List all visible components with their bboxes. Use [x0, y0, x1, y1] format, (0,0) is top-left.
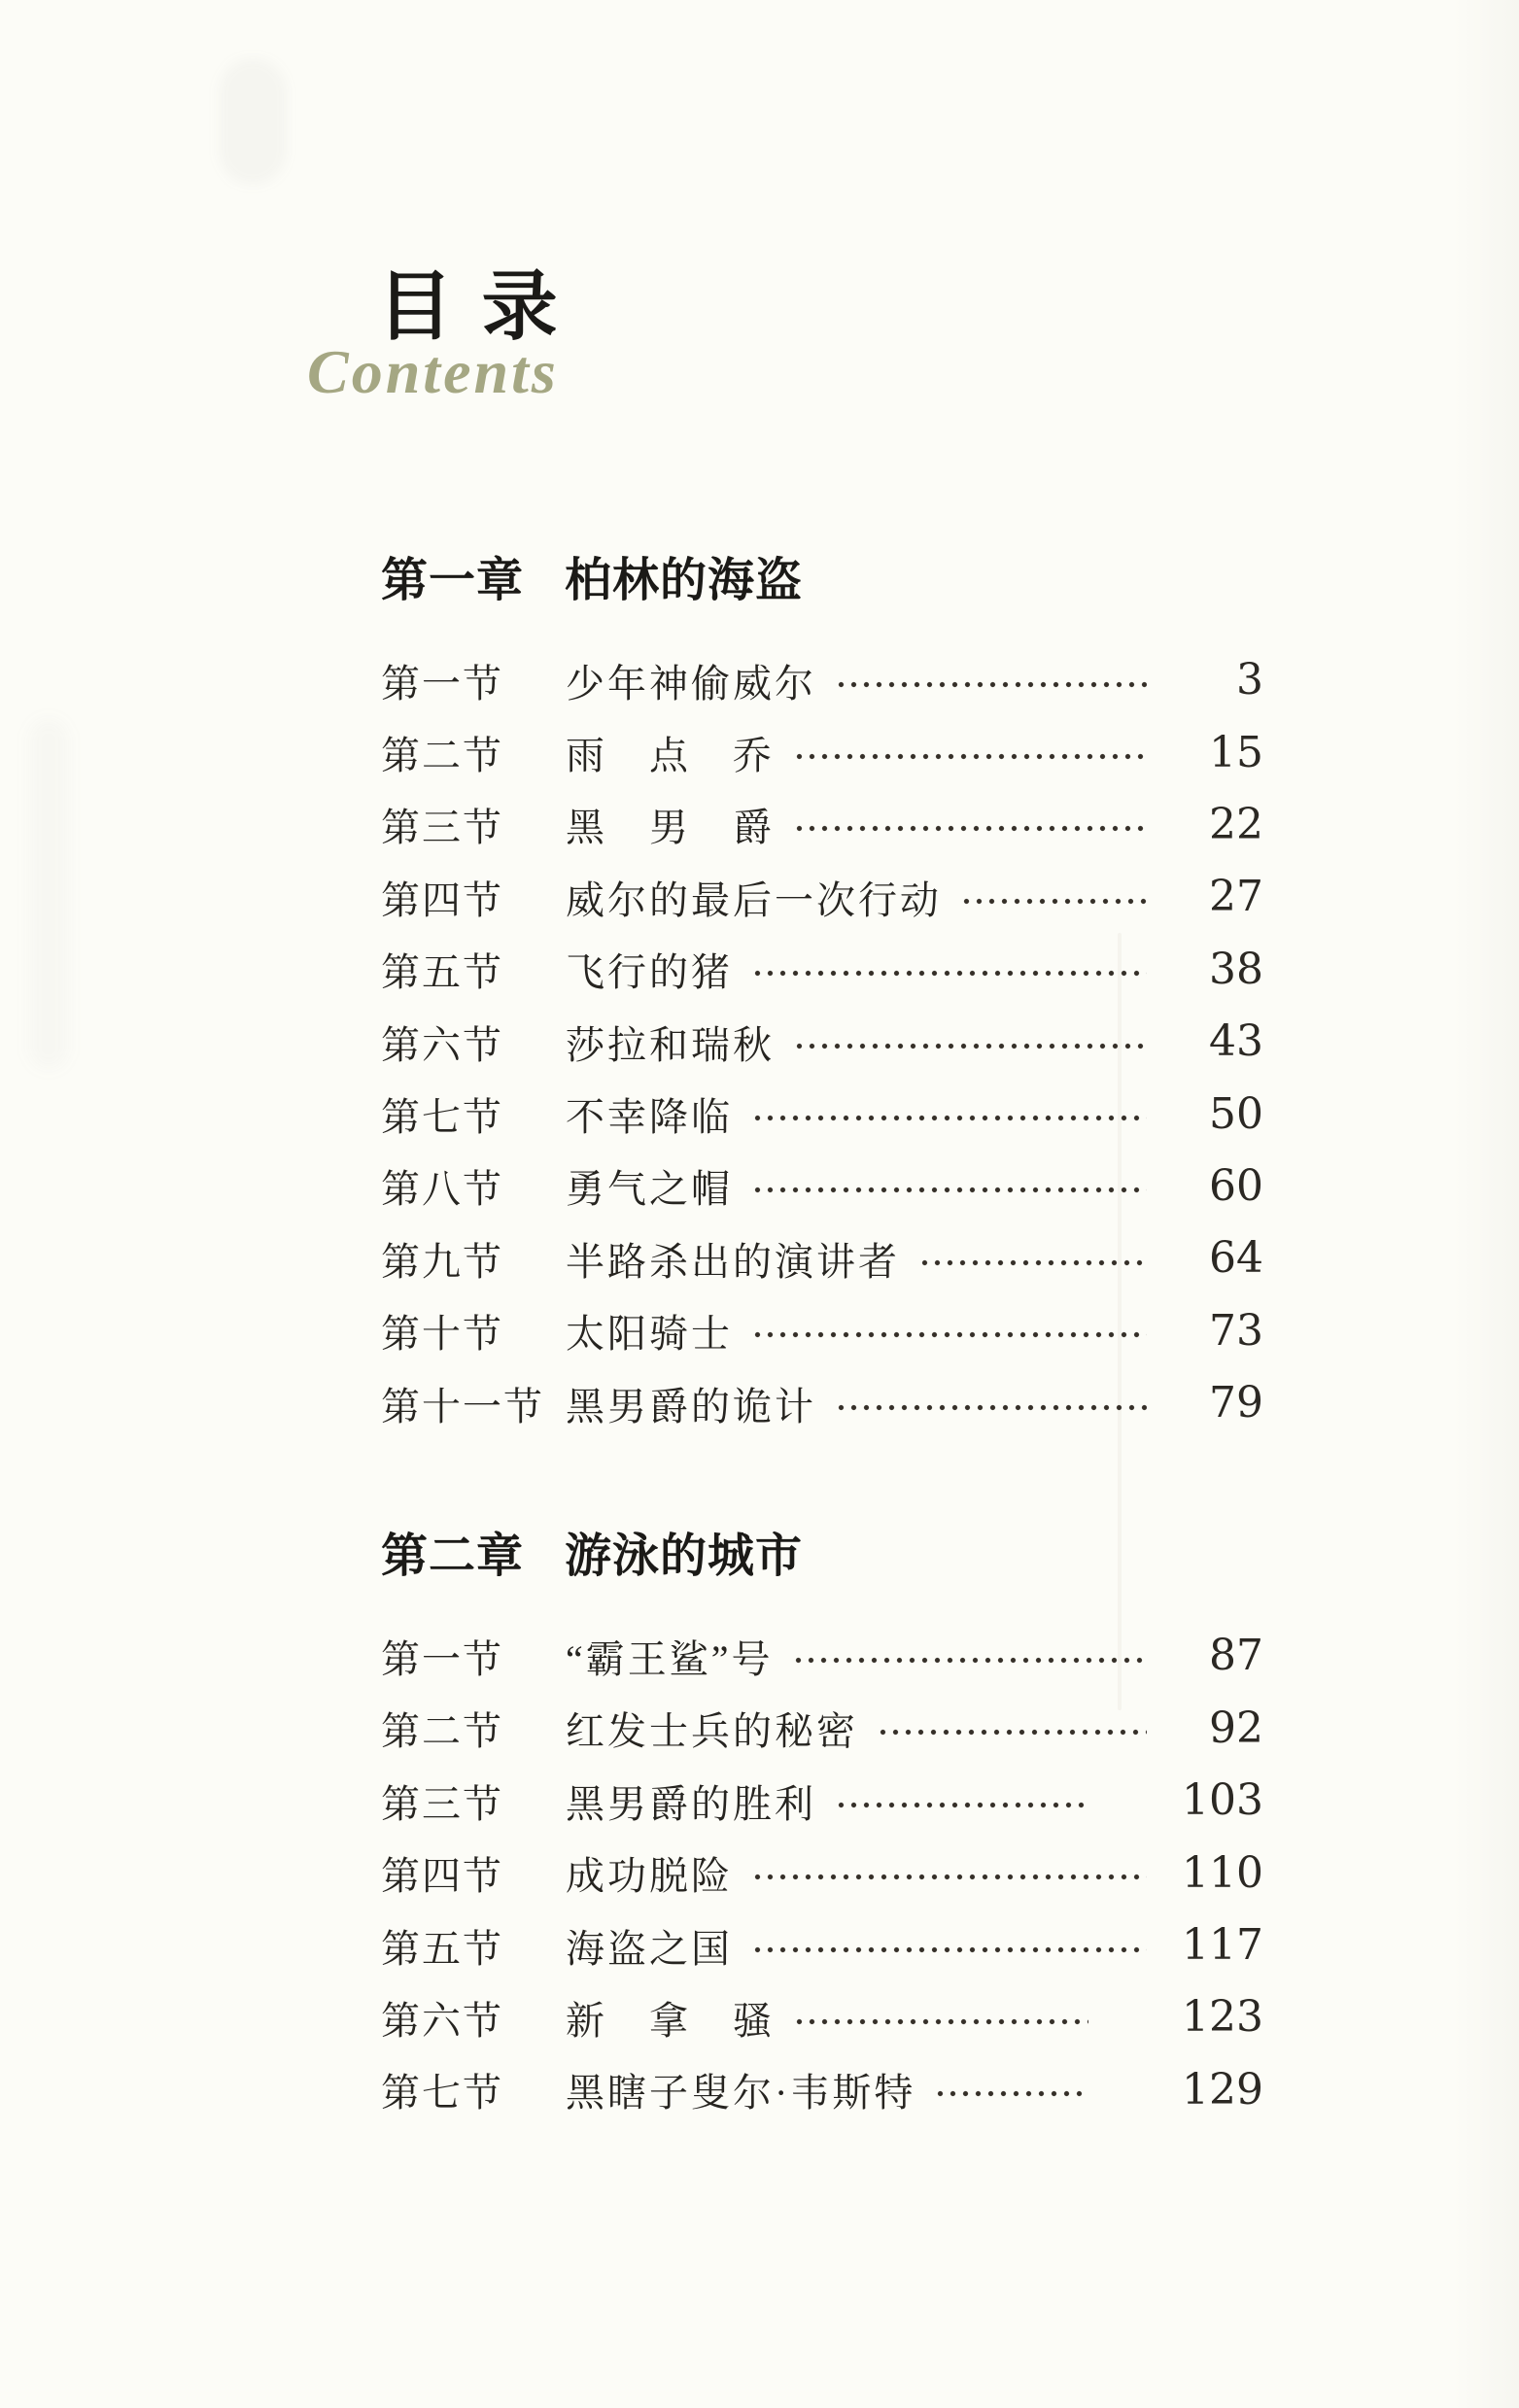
page-title-chinese: 目 录 [377, 268, 562, 344]
toc-entry: 第六节 新 拿 骚 123 [381, 1981, 1263, 2053]
section-number: 第八节 [381, 1158, 566, 1214]
toc-entry: 第一节 “霸王鲨”号 87 [381, 1620, 1263, 1692]
section-number: 第五节 [381, 1918, 566, 1974]
page-number: 64 [1162, 1237, 1263, 1280]
page-number: 22 [1162, 804, 1263, 846]
dot-leader [838, 681, 1147, 688]
chapter-heading: 第一章 柏林的海盗 [381, 550, 1263, 612]
section-number: 第三节 [381, 1773, 566, 1829]
section-number: 第七节 [381, 1086, 566, 1142]
chapter-heading: 第二章 游泳的城市 [381, 1526, 1263, 1588]
section-list: 第一节 少年神偷威尔 3 第二节 雨 点 乔 15 第三节 黑 男 爵 22 第… [381, 644, 1263, 1439]
chapter-block: 第一章 柏林的海盗 第一节 少年神偷威尔 3 第二节 雨 点 乔 15 第三节 … [381, 550, 1263, 1439]
toc-entry: 第二节 红发士兵的秘密 92 [381, 1693, 1263, 1765]
section-title: 红发士兵的秘密 [566, 1701, 858, 1756]
dot-leader [838, 1404, 1147, 1411]
section-number: 第十节 [381, 1303, 566, 1359]
section-number: 第三节 [381, 797, 566, 852]
toc-entry: 第五节 飞行的猪 38 [381, 934, 1263, 1006]
page-number: 117 [1162, 1924, 1263, 1967]
dot-leader [754, 1187, 1147, 1193]
section-title: 莎拉和瑞秋 [566, 1015, 775, 1070]
toc-entry: 第七节 黑瞎子叟尔·韦斯特 129 [381, 2054, 1263, 2126]
page-number: 103 [1162, 1779, 1263, 1822]
page-title-english: Contents [307, 338, 559, 406]
section-number: 第四节 [381, 870, 566, 925]
toc-entry: 第六节 莎拉和瑞秋 43 [381, 1006, 1263, 1078]
toc-entry: 第七节 不幸降临 50 [381, 1078, 1263, 1150]
dot-leader [963, 898, 1147, 905]
dot-leader [754, 1115, 1147, 1121]
page-number: 123 [1162, 1996, 1263, 2039]
dot-leader [838, 1802, 1088, 1808]
page-number: 92 [1162, 1707, 1263, 1750]
page-number: 50 [1162, 1093, 1263, 1136]
page-number: 60 [1162, 1165, 1263, 1208]
chapter-title: 游泳的城市 [565, 1526, 803, 1588]
section-number: 第一节 [381, 1629, 566, 1684]
section-title: “霸王鲨”号 [566, 1629, 774, 1684]
section-number: 第四节 [381, 1845, 566, 1901]
section-number: 第二节 [381, 1701, 566, 1756]
page-number: 73 [1162, 1310, 1263, 1353]
section-title: 太阳骑士 [566, 1303, 733, 1359]
dot-leader [937, 2090, 1088, 2097]
book-page: 目 录 Contents 第一章 柏林的海盗 第一节 少年神偷威尔 3 第二节 … [0, 0, 1519, 2408]
section-title: 黑 男 爵 [566, 797, 775, 852]
toc-entry: 第五节 海盗之国 117 [381, 1909, 1263, 1981]
page-edge-shading [1451, 0, 1519, 2408]
section-title: 黑瞎子叟尔·韦斯特 [566, 2062, 915, 2117]
dot-leader [796, 753, 1147, 760]
page-number: 110 [1162, 1852, 1263, 1895]
dot-leader [795, 1657, 1147, 1664]
toc-entry: 第三节 黑男爵的胜利 103 [381, 1765, 1263, 1837]
page-number: 79 [1162, 1382, 1263, 1425]
section-title: 成功脱险 [566, 1845, 733, 1901]
dot-leader [796, 825, 1147, 832]
section-number: 第五节 [381, 942, 566, 997]
toc-entry: 第一节 少年神偷威尔 3 [381, 644, 1263, 716]
scan-smudge [29, 719, 68, 1069]
page-number: 38 [1162, 948, 1263, 991]
toc-entry: 第三节 黑 男 爵 22 [381, 789, 1263, 861]
toc-entry: 第二节 雨 点 乔 15 [381, 716, 1263, 788]
toc-entry: 第八节 勇气之帽 60 [381, 1151, 1263, 1222]
toc-entry: 第四节 成功脱险 110 [381, 1837, 1263, 1909]
page-number: 3 [1162, 659, 1263, 702]
section-number: 第九节 [381, 1231, 566, 1287]
section-title: 飞行的猪 [566, 942, 733, 997]
section-title: 黑男爵的诡计 [566, 1376, 816, 1431]
chapter-title: 柏林的海盗 [565, 550, 803, 612]
section-title: 威尔的最后一次行动 [566, 870, 942, 925]
section-title: 不幸降临 [566, 1086, 733, 1142]
dot-leader [796, 2018, 1088, 2025]
dot-leader [880, 1729, 1147, 1736]
dot-leader [754, 1946, 1147, 1953]
page-number: 129 [1162, 2069, 1263, 2112]
page-number: 15 [1162, 732, 1263, 774]
section-list: 第一节 “霸王鲨”号 87 第二节 红发士兵的秘密 92 第三节 黑男爵的胜利 … [381, 1620, 1263, 2126]
page-number: 27 [1162, 876, 1263, 918]
section-title: 少年神偷威尔 [566, 653, 816, 708]
section-title: 半路杀出的演讲者 [566, 1231, 900, 1287]
section-title: 黑男爵的胜利 [566, 1773, 816, 1829]
section-number: 第一节 [381, 653, 566, 708]
dot-leader [754, 970, 1147, 977]
section-number: 第十一节 [381, 1376, 566, 1431]
scan-smudge [219, 58, 287, 185]
section-number: 第七节 [381, 2062, 566, 2117]
toc-entry: 第十一节 黑男爵的诡计 79 [381, 1367, 1263, 1439]
toc-entry: 第四节 威尔的最后一次行动 27 [381, 861, 1263, 933]
section-number: 第二节 [381, 725, 566, 780]
section-title: 新 拿 骚 [566, 1990, 775, 2046]
section-title: 勇气之帽 [566, 1158, 733, 1214]
dot-leader [921, 1259, 1147, 1266]
page-number: 43 [1162, 1020, 1263, 1063]
toc: 第一章 柏林的海盗 第一节 少年神偷威尔 3 第二节 雨 点 乔 15 第三节 … [381, 550, 1263, 2126]
dot-leader [754, 1331, 1147, 1338]
section-title: 海盗之国 [566, 1918, 733, 1974]
dot-leader [796, 1043, 1147, 1049]
dot-leader [754, 1874, 1147, 1880]
chapter-block: 第二章 游泳的城市 第一节 “霸王鲨”号 87 第二节 红发士兵的秘密 92 第… [381, 1526, 1263, 2126]
section-number: 第六节 [381, 1015, 566, 1070]
toc-entry: 第十节 太阳骑士 73 [381, 1295, 1263, 1367]
page-number: 87 [1162, 1634, 1263, 1677]
chapter-number: 第二章 [381, 1526, 524, 1588]
section-number: 第六节 [381, 1990, 566, 2046]
section-title: 雨 点 乔 [566, 725, 775, 780]
chapter-number: 第一章 [381, 550, 524, 612]
toc-entry: 第九节 半路杀出的演讲者 64 [381, 1222, 1263, 1294]
